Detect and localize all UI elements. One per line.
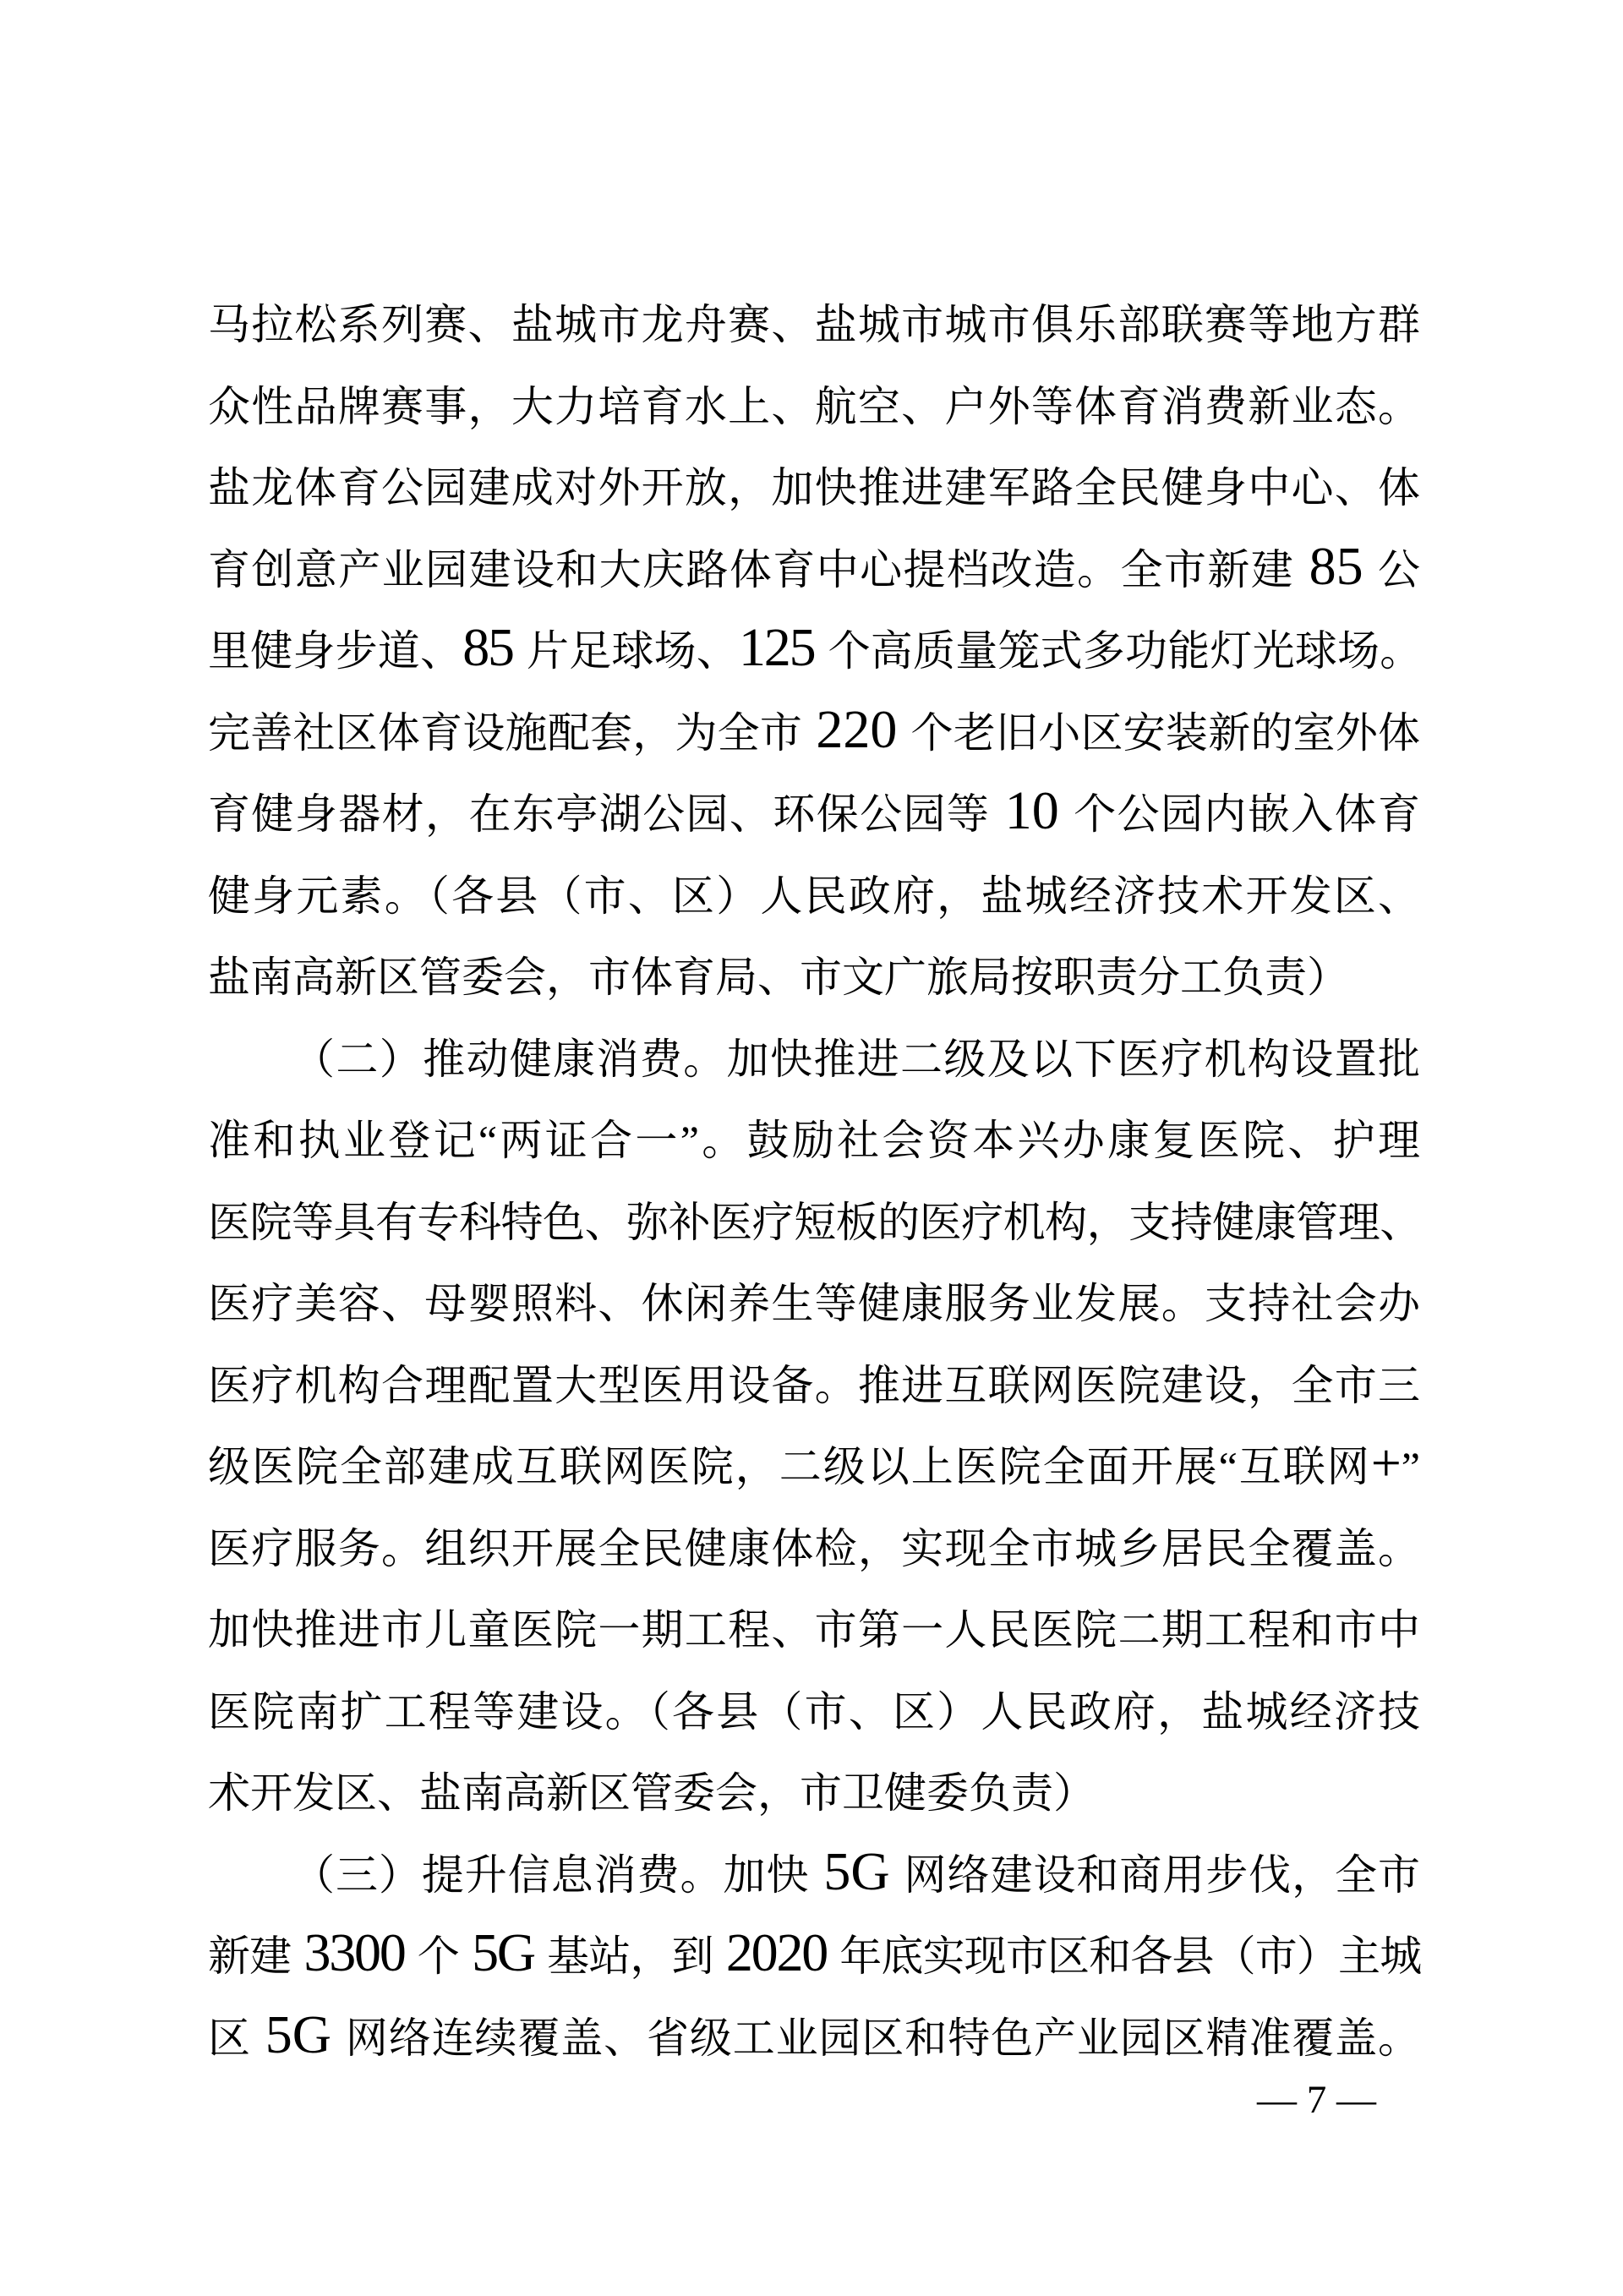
text-line: 准和执业登记“两证合一”。鼓励社会资本兴办康复医院、护理 — [208, 1096, 1420, 1178]
text-line: 区 5G 网络连续覆盖、省级工业园区和特色产业园区精准覆盖。 — [208, 1994, 1420, 2076]
paragraph-health-consumption: （二）推动健康消费。加快推进二级及以下医疗机构设置批 准和执业登记“两证合一”。… — [208, 1015, 1420, 1831]
text-line: 级医院全部建成互联网医院，二级以上医院全面开展“互联网+” — [208, 1423, 1420, 1505]
paragraph-information-consumption: （三）提升信息消费。加快 5G 网络建设和商用步伐，全市 新建 3300 个 5… — [208, 1831, 1420, 2076]
text-line: 马拉松系列赛、盐城市龙舟赛、盐城市城市俱乐部联赛等地方群 — [208, 281, 1420, 363]
text-line: 育健身器材，在东亭湖公园、环保公园等 10 个公园内嵌入体育 — [208, 770, 1420, 852]
paragraph-sports-consumption: 马拉松系列赛、盐城市龙舟赛、盐城市城市俱乐部联赛等地方群 众性品牌赛事，大力培育… — [208, 281, 1420, 1015]
text-line: 医疗机构合理配置大型医用设备。推进互联网医院建设，全市三 — [208, 1342, 1420, 1424]
text-line: 医院南扩工程等建设。（各县（市、区）人民政府，盐城经济技 — [208, 1668, 1420, 1750]
text-line: 新建 3300 个 5G 基站，到 2020 年底实现市区和各县（市）主城 — [208, 1912, 1420, 1994]
text-line: 术开发区、盐南高新区管委会，市卫健委负责） — [208, 1749, 1420, 1831]
text-line: 医疗美容、母婴照料、休闲养生等健康服务业发展。支持社会办 — [208, 1260, 1420, 1342]
text-line: 医疗服务。组织开展全民健康体检，实现全市城乡居民全覆盖。 — [208, 1505, 1420, 1587]
text-line: （三）提升信息消费。加快 5G 网络建设和商用步伐，全市 — [208, 1831, 1420, 1913]
text-line: 众性品牌赛事，大力培育水上、航空、户外等体育消费新业态。 — [208, 363, 1420, 445]
page-number: — 7 — — [1257, 2078, 1376, 2122]
text-line: 健身元素。（各县（市、区）人民政府，盐城经济技术开发区、 — [208, 852, 1420, 934]
text-line: 加快推进市儿童医院一期工程、市第一人民医院二期工程和市中 — [208, 1586, 1420, 1668]
text-line: 完善社区体育设施配套，为全市 220 个老旧小区安装新的室外体 — [208, 689, 1420, 771]
text-line: （二）推动健康消费。加快推进二级及以下医疗机构设置批 — [208, 1015, 1420, 1097]
text-line: 盐南高新区管委会，市体育局、市文广旅局按职责分工负责） — [208, 933, 1420, 1015]
document-page: 马拉松系列赛、盐城市龙舟赛、盐城市城市俱乐部联赛等地方群 众性品牌赛事，大力培育… — [0, 0, 1623, 2296]
text-line: 盐龙体育公园建成对外开放，加快推进建军路全民健身中心、体 — [208, 444, 1420, 526]
text-line: 育创意产业园建设和大庆路体育中心提档改造。全市新建 85 公 — [208, 526, 1420, 608]
text-line: 里健身步道、85 片足球场、125 个高质量笼式多功能灯光球场。 — [208, 607, 1420, 689]
text-line: 医院等具有专科特色、弥补医疗短板的医疗机构，支持健康管理、 — [208, 1178, 1420, 1260]
document-body: 马拉松系列赛、盐城市龙舟赛、盐城市城市俱乐部联赛等地方群 众性品牌赛事，大力培育… — [208, 281, 1420, 2075]
